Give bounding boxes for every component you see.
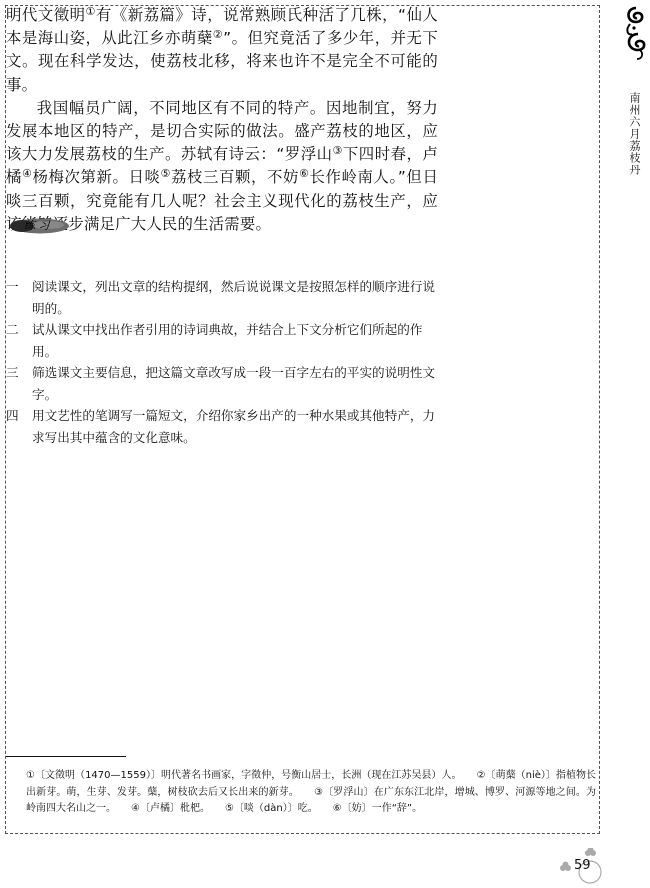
footnote-ref-4[interactable]: ④ bbox=[22, 167, 32, 180]
exercise-badge-label: 练 习 bbox=[24, 219, 51, 232]
page-number-ornament: 59 bbox=[560, 848, 610, 886]
text-span: 杨梅次第新。日啖 bbox=[33, 168, 161, 186]
paragraph-2: 我国幅员广阔，不同地区有不同的特产。因地制宜，努力发展本地区的特产，是切合实际的… bbox=[6, 97, 438, 236]
footnote-divider bbox=[6, 756, 126, 757]
exercise-list: 一 阅读课文，列出文章的结构提纲，然后说说课文是按照怎样的顺序进行说明的。 二 … bbox=[6, 276, 442, 448]
exercise-text: 用文艺性的笔调写一篇短文，介绍你家乡出产的一种水果或其他特产，力求写出其中蕴含的… bbox=[32, 405, 442, 448]
page-number: 59 bbox=[574, 858, 591, 873]
exercise-number: 三 bbox=[6, 362, 32, 405]
footnote-ref-5[interactable]: ⑤ bbox=[161, 167, 171, 180]
footnote-ref-1[interactable]: ① bbox=[86, 5, 96, 18]
footnote-ref-6[interactable]: ⑥ bbox=[299, 167, 309, 180]
exercise-number: 四 bbox=[6, 405, 32, 448]
exercise-item-2: 二 试从课文中找出作者引用的诗词典故，并结合上下文分析它们所起的作用。 bbox=[6, 319, 442, 362]
exercise-text: 筛选课文主要信息，把这篇文章改写成一段一百字左右的平实的说明性文字。 bbox=[32, 362, 442, 405]
exercise-section-badge: 练 习 bbox=[8, 214, 70, 236]
footnote-ref-3[interactable]: ③ bbox=[333, 144, 343, 157]
running-title: 南州六月荔枝丹 bbox=[627, 92, 641, 176]
exercise-item-3: 三 筛选课文主要信息，把这篇文章改写成一段一百字左右的平实的说明性文字。 bbox=[6, 362, 442, 405]
article-body: 明代文徵明①有《新荔篇》诗，说常熟顾氏种活了几株，“仙人本是海山姿，从此江乡亦萌… bbox=[6, 4, 438, 236]
exercise-number: 二 bbox=[6, 319, 32, 362]
footnotes: ①〔文徵明（1470—1559）〕明代著名书画家，字徵仲，号衡山居士，长洲（现在… bbox=[26, 768, 596, 818]
text-span: 明代文徵明 bbox=[6, 6, 86, 24]
exercise-text: 阅读课文，列出文章的结构提纲，然后说说课文是按照怎样的顺序进行说明的。 bbox=[32, 276, 442, 319]
paragraph-1: 明代文徵明①有《新荔篇》诗，说常熟顾氏种活了几株，“仙人本是海山姿，从此江乡亦萌… bbox=[6, 4, 438, 97]
brush-stroke-icon: 练 习 bbox=[8, 214, 70, 236]
exercise-number: 一 bbox=[6, 276, 32, 319]
exercise-text: 试从课文中找出作者引用的诗词典故，并结合上下文分析它们所起的作用。 bbox=[32, 319, 442, 362]
floral-ornament-icon bbox=[622, 4, 650, 62]
footnote-ref-2[interactable]: ② bbox=[213, 28, 223, 41]
exercise-item-1: 一 阅读课文，列出文章的结构提纲，然后说说课文是按照怎样的顺序进行说明的。 bbox=[6, 276, 442, 319]
text-span: 荔枝三百颗，不妨 bbox=[171, 168, 299, 186]
exercise-item-4: 四 用文艺性的笔调写一篇短文，介绍你家乡出产的一种水果或其他特产，力求写出其中蕴… bbox=[6, 405, 442, 448]
